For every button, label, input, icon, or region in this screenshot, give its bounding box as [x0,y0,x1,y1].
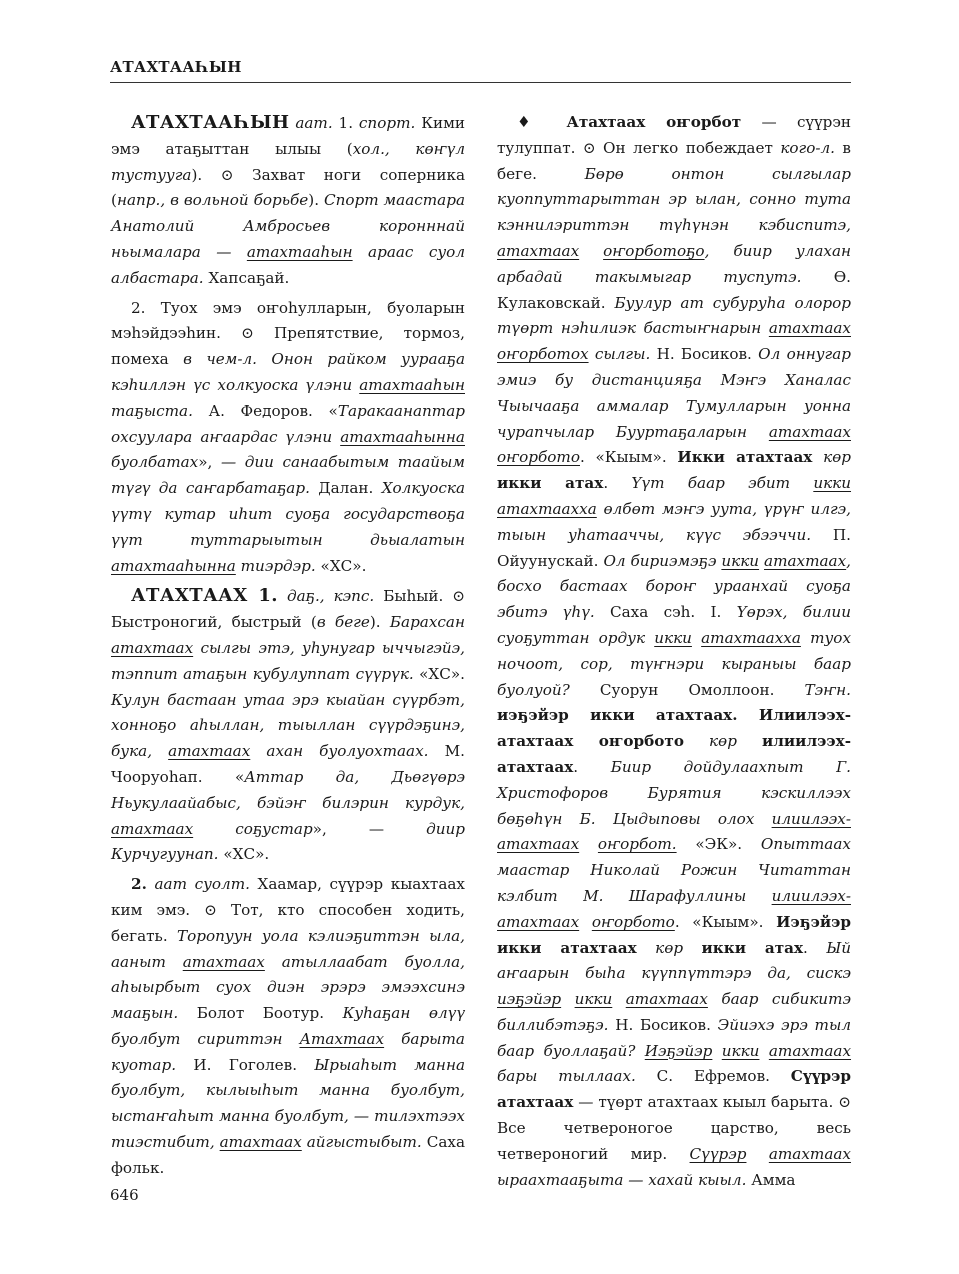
text-run: Болот Боотур. [178,1004,342,1022]
example-keyword: атахтааһын [359,376,465,394]
example-keyword: атахтаах [769,1042,851,1060]
text-run: . [603,474,631,492]
text-run: ). [370,613,390,631]
text-run: аат суолт. [154,875,249,893]
text-run: Далан. [310,479,382,497]
text-run: кого-л. [780,139,835,157]
example-keyword: атахтаахха [701,629,801,647]
text-run: в чем-л. [183,350,257,368]
text-run: ). [308,191,324,209]
text-run: «ЭК». [677,835,761,853]
text-run [579,913,592,931]
text-run: Хапсаҕай. [204,269,290,287]
text-run: Суорун Омоллоон. [570,681,805,699]
text-run: аат. [295,114,332,132]
text-run: Саха сэһ. I. [595,603,737,621]
text-run [746,1145,768,1163]
text-run: көр [709,732,737,750]
example-keyword: иэҕэйэр [497,990,561,1008]
headword: АТАХТААҺЫН [131,112,289,133]
text-run: буолбатах [111,453,198,471]
text-run [579,242,603,260]
example-keyword: оҥорбот. [598,835,677,853]
text-run [759,1042,768,1060]
example-keyword: атахтаах [497,242,579,260]
text-run: И. Гоголев. [176,1056,314,1074]
text-run: Н. Босиков. [650,345,758,363]
entry-paragraph: 2. аат суолт. Хаамар, сүүрэр кыахтаах ки… [111,872,465,1182]
entry-paragraph: ♦ Атахтаах оҥорбот — сүүрэн тулуппат. ⊙ … [497,110,851,1193]
example-keyword: икки [721,552,759,570]
page-number: 646 [110,1186,139,1204]
text-run: «ХС». [414,665,465,683]
text-run: Үүт баар эбит [631,474,813,492]
example-keyword: атахтаахха [497,500,597,518]
right-column: ♦ Атахтаах оҥорбот — сүүрэн тулуппат. ⊙ … [497,110,851,1197]
example-keyword: атахтаах [220,1133,302,1151]
example-keyword: атахтаах [626,990,708,1008]
text-run: Н. Босиков. [609,1016,718,1034]
text-run: ыраахтааҕыта — хахай кыыл. [497,1171,746,1189]
text-run: Барахсан [390,613,465,631]
text-run: напр., в вольной борьбе [117,191,308,209]
example-keyword: оҥорботох [497,345,589,363]
text-run [579,835,598,853]
example-keyword: атахтаах [769,319,851,337]
example-keyword: атахтаах [111,639,193,657]
text-run: », — [313,820,426,838]
entry-paragraph: АТАХТААҺЫН аат. 1. спорт. Кими эмэ атаҕы… [111,110,465,292]
example-keyword: Иэҕэйэр [645,1042,713,1060]
text-run [737,732,762,750]
headword: АТАХТААХ 1. [131,585,278,606]
example-keyword: атахтаах [769,423,851,441]
text-run: 2. [131,875,147,893]
text-run: икки атах [702,939,804,957]
example-keyword: атахтааһынна [340,428,465,446]
example-keyword: оҥорботоҕо [603,242,704,260]
text-run: «ХС». [219,845,270,863]
text-run: тиэрдэр. [236,557,316,575]
text-run: соҕустар [193,820,313,838]
text-run: А. Федоров. « [193,402,338,420]
text-run [712,1042,721,1060]
text-run: сылгы. [589,345,651,363]
text-run [561,990,574,1008]
example-keyword: икки [575,990,613,1008]
example-keyword: атахтаах [168,742,250,760]
example-keyword: икки [813,474,851,492]
running-head: АТАХТААҺЫН [110,58,851,83]
text-run [684,732,709,750]
text-run: таҕыста. [111,402,193,420]
entry-paragraph: 2. Туох эмэ оҥоһулларын, буоларын мэһэйд… [111,296,465,580]
example-keyword: Атахтаах [300,1030,385,1048]
text-run: ахан буолуохтаах. [250,742,428,760]
example-keyword: атахтаах [111,820,193,838]
text-run: в беге [317,613,370,631]
example-keyword: икки [654,629,692,647]
text-run: спорт. [359,114,415,132]
text-run: Икки атахтаах [677,448,812,466]
text-run: 1. [333,114,359,132]
example-keyword: Сүүрэр [690,1145,747,1163]
example-keyword: оҥорбото [497,448,580,466]
text-run [637,939,655,957]
text-run: Амма [746,1171,795,1189]
text-run: көр [823,448,851,466]
text-run: С. Ефремов. [636,1067,791,1085]
text-run: Атахтаах оҥорбот [566,113,741,131]
text-run [612,990,625,1008]
text-run [692,629,701,647]
text-run: . [803,939,826,957]
text-run: ♦ [517,113,566,131]
example-keyword: атахтаах [183,953,265,971]
text-run: бары тыллаах. [497,1067,636,1085]
text-run [683,939,701,957]
left-column: АТАХТААҺЫН аат. 1. спорт. Кими эмэ атаҕы… [111,110,465,1186]
text-run: . «Кыым». [675,913,776,931]
example-keyword: оҥорбото [592,913,675,931]
text-run: », [198,453,221,471]
text-run: көр [655,939,683,957]
text-run [812,448,823,466]
example-keyword: икки [722,1042,760,1060]
text-run: Ол бириэмэҕэ [603,552,721,570]
text-run: . [573,758,610,776]
text-run: Тэҥн. [805,681,851,699]
text-run [278,587,287,605]
text-run: даҕ., кэпс. [287,587,374,605]
example-keyword: атахтааһынна [111,557,236,575]
text-run: айгыстыбыт. [302,1133,422,1151]
example-keyword: атахтааһын [247,243,353,261]
text-run: «ХС». [316,557,367,575]
text-run: . «Кыым». [580,448,677,466]
example-keyword: атахтаах [764,552,846,570]
example-keyword: атахтаах [769,1145,851,1163]
entry-paragraph: АТАХТААХ 1. даҕ., кэпс. Быһый. ⊙ Быстрон… [111,583,465,868]
text-run: икки атах [497,474,603,492]
